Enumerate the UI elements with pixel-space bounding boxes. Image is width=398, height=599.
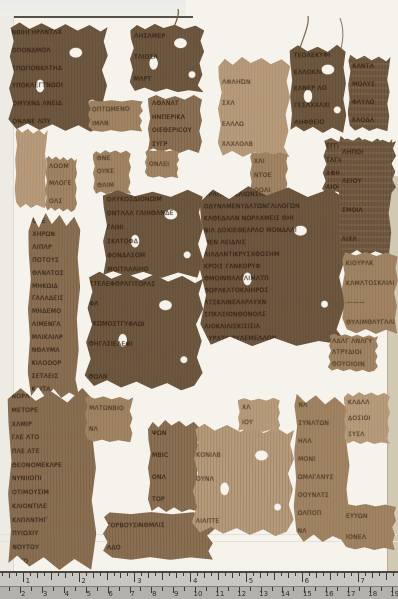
fragment-text-line: ΚΛΔΛΛ [348, 398, 386, 406]
papyrus-fragment: ΣΤΕΛΕΦΘΡΛΓΙΤΟΡΛΣΦΛΥΚΩΜΟΣΤΓΥΦΛΩΙΘΗΓΛΣΙΕΛΕ… [84, 271, 203, 390]
ruler-tick [31, 587, 32, 591]
papyrus-fragment: ΚΛΔΛΛΔΟΣΙΟΙΣΥΣΛ [344, 392, 390, 444]
fragment-text-line: ΛΙΛΔΛΝΤΙΚΡΥΣΧΘΟΣΗΜ [204, 250, 344, 258]
fragment-text-line: ΝΟΡΛ [12, 393, 92, 401]
ruler-tick [72, 573, 73, 576]
ruler-tick [246, 573, 247, 582]
ruler-tick [253, 573, 254, 576]
ruler-tick [337, 587, 338, 591]
fragment-text-line: ΟΟΥΝΛΤΣ [298, 491, 346, 499]
ruler-tick [344, 573, 345, 578]
ruler-tick [315, 587, 316, 591]
fragment-text-line: ΣΧΛ [222, 100, 286, 108]
ruler-cm-number: 13 [259, 591, 268, 598]
fragment-text-line: ΛΗΠΟΙ [342, 149, 388, 157]
ruler-tick [148, 573, 149, 578]
ruler-tick [206, 587, 207, 591]
fragment-text-line: ΘΗΓΛΣΙΕΛΕΦΙ [89, 340, 199, 348]
papyrus-fragment: ΛΟΟΜΜΛΟΓΕΟΛΣ [45, 156, 77, 212]
fragment-text-line: ΘΩΡΛΚΛΤΟΚΛΙΗΡΟΣ [204, 286, 344, 294]
fragment-text-line: ΓΕΣΛΧΧΛΧΙ [294, 102, 342, 110]
mount-top-edge [0, 0, 186, 17]
ruler-tick [393, 573, 394, 576]
fragment-text-line: ΝΤΟΕ [254, 172, 284, 180]
ruler-inch-number: 6 [305, 578, 309, 585]
fragment-text-line: ΜΛΟΓΕ [49, 180, 73, 187]
fragment-text-line: ΤΟΡ [152, 495, 196, 502]
fragment-text-line: ΘΛΝΛΤΟΣ [32, 269, 76, 277]
papyrus-fragment: ΛΔΛΓ ΛΝΛΓΥΛΤΡΥΔΙΟΙΘΟΥΟΙΟΙΝ [328, 334, 378, 373]
fragment-text-line: ΛΥΡΛΤΟΙΡΥΛΕΜΕΛΛΟΝ [204, 334, 344, 342]
ruler-cm-number: 8 [152, 591, 156, 598]
ruler-inch-number: 3 [137, 578, 141, 585]
fragment-text-line: ΚΛΘΕΔΛΛΝ ΝΩΡΛΧΜΕΙΣ ΘΗΙ [204, 214, 344, 222]
ruler-tick [250, 587, 251, 591]
fragment-text-line: ΝΛ [89, 426, 129, 434]
fragment-text-line: ΛΗΦΘΕΙΟ [294, 119, 342, 127]
fragment-text-line: ΝΥΝΙΙΟΠΙ [12, 475, 92, 483]
fragment-text-line: ΟΙΤΟ [12, 557, 92, 565]
fragment-text-line: ΟΤΙΜΟΥΣΙΜ [12, 489, 92, 497]
fragment-text-line: ΚΙΟΥΡΛΚ [346, 260, 394, 268]
fragment-text-line: ΚΛΠΛΝΤΗΓ [12, 516, 92, 524]
ruler-cm-number: 2 [21, 591, 25, 598]
fragment-text-line: ΦΛ [89, 300, 199, 308]
fragment-text-line: ΣΠΚΛΣΙΟΝΘΟΝΟΛΣ [204, 310, 344, 318]
fragment-text-line: ΧΗΡΩΝ [32, 231, 76, 239]
papyrus-fragment: ΚΛΝΤΛΜΟΛΥΣΦΛΥΛΟΧΛΟΔΛ [347, 55, 390, 132]
ruler-tick [281, 573, 282, 576]
fragment-text-line: ΠΟΤΟΥΣ [32, 256, 76, 264]
fragment-text-line: ΘΜΟΙΝΘΛΛΓΛΙΜΛΤΠ [204, 274, 344, 282]
papyrus-fragment: ΨΩΝΜΒΙϹΟΝΛΤΟΡ [148, 420, 200, 512]
fragment-text-line: ΕΛΛΛΩ [222, 120, 286, 128]
ruler-tick [2, 573, 3, 576]
ruler-cm-number: 19 [390, 591, 398, 598]
ruler-tick [381, 587, 382, 591]
fragment-text-line: ΛΤΣΚΛΙΝΕΛΛΡΛΥΧΝ [204, 298, 344, 306]
fragment-text-line: ΛΙΛΠΤΕ [196, 518, 290, 526]
ruler-tick [225, 573, 226, 576]
fragment-text-line: ΕΛΛΟΚΛΙ [294, 68, 342, 76]
ruler-inch-number: 1 [26, 578, 30, 585]
fragment-text-line: ΗΝΠΕΡΙΚΛ [152, 114, 198, 121]
papyrus-fragment: ΟΝΛΕΙ [145, 150, 179, 178]
fragment-text-line: ΟΛΕ [32, 218, 76, 226]
fragment-text-line: ΧΛΜΙΡ [12, 420, 92, 428]
fragment-text-line: ΧΛΟΔΛ [352, 116, 386, 124]
ruler-inch-number: 2 [81, 578, 85, 585]
fragment-text-line: ΓΛΛΛΔΕΙΣ [32, 295, 76, 303]
fragment-text-line: ΛΙΟΚΛΙΛΙΣΚΙΣΙΣΙΛ [204, 322, 344, 330]
ruler-cm-number: 12 [237, 591, 246, 598]
fragment-text-line: ΩΛΠΟΠ [298, 509, 346, 517]
fragment-text-line: ΜΛΡΤ [134, 75, 200, 83]
ruler-tick [107, 573, 108, 580]
fragment-text-line: ΜΛΤΩΝΒΙΟ [89, 405, 129, 413]
papyrus-fragment: ΝΛΣΥΝΛΤΩΝΗΛΛΜΟΝΙΩΜΛΓΛΝΥΣΟΟΥΝΛΤΣΩΛΠΟΠΝΛ [293, 394, 350, 542]
fragment-text-line: ΓΛΙΗΙ [107, 223, 199, 231]
ruler-cm-number: 16 [325, 591, 334, 598]
ruler-tick [302, 573, 303, 582]
ruler-tick [358, 573, 359, 582]
fragment-text-line: ΠΛΕ ΛΤΕ [12, 448, 92, 456]
fragment-text-line: ΚΙΛΟΟΟΡ [32, 360, 76, 368]
ruler-cm-number: 18 [368, 591, 377, 598]
ruler-tick [183, 573, 184, 576]
fragment-text-line: ΣΤΕΛΕΦΘΡΛΓΙΤΟΡΛΣ [89, 280, 199, 288]
papyrus-fragment: ΛΦΛΗΏΝΣΧΛΕΛΛΛΩΧΛΧΛΟΛΒ [218, 57, 291, 158]
fragment-text-line: ΝΛ [298, 401, 346, 409]
fragment-text-line: ΦΟΝΔΛΣΟΜ [107, 251, 199, 259]
fragment-text-line: ΟΥΝΛ [196, 476, 290, 484]
fragment-text-line: ΛΔΛΓ ΛΝΛΓΥ [332, 338, 374, 346]
ruler-tick [140, 587, 141, 591]
papyrus-fragment: ΝΟΡΛΜΕΤΟΡΕΧΛΜΙΡΓΛΕ ΛΤΟΠΛΕ ΛΤΕΘΕΟΝΟΜΕΚΛΡΕ… [8, 388, 97, 570]
ruler-tick [184, 587, 185, 591]
fragment-text-line: ΜΟΙΤΛΛΛΙΗΟ [107, 265, 199, 273]
fragment-text-line: ΟΠΟΝΔΜΟΛ [12, 46, 104, 54]
ruler-cm-number: 17 [347, 591, 356, 598]
ruler-cm-number: 7 [130, 591, 134, 598]
papyrus-fragment: ΚΟΝΙΛΒΟΥΝΛΛΙΛΠΤΕ [192, 424, 295, 537]
fragment-text-line: ——— [346, 299, 394, 307]
fragment-text-line: ΕΥΥΩΝ [346, 513, 392, 521]
fragment-text-line: ΥΚΩΜΟΣΤΓΥΦΛΩΙ [89, 320, 199, 328]
ruler-tick [197, 573, 198, 576]
fragment-text-line: ΝΒΙΗΓΗΡΛΝΤΛΧ [12, 29, 104, 37]
fragment-text-line: ΘΥΛΙΜΘΛΥΓΛΛΕ [346, 318, 394, 326]
ruler-tick [120, 573, 121, 578]
fragment-text-line: ΣΥΣΛ [348, 430, 386, 438]
papyrus-fragment: ΟΛΕΧΗΡΩΝΛΙΠΛΡΠΟΤΟΥΣΘΛΝΛΤΟΣΜΗΚΩΙΔΓΛΛΛΔΕΙΣ… [28, 213, 81, 398]
ruler-tick [127, 573, 128, 576]
papyrus-fragment [14, 128, 47, 209]
fragment-text-line: ΟΛΥΚΟΣΔΙΟΝΩΙΜ [107, 195, 199, 203]
ruler-cm-number: 9 [174, 591, 178, 598]
ruler-inch-number: 5 [249, 578, 253, 585]
ruler-tick [218, 573, 219, 580]
fragment-text-line: ΠΥΙΩΧΙΥ [12, 530, 92, 538]
fragment-text-line: ΟΝΛΕΙ [149, 160, 175, 168]
ruler-tick [119, 587, 120, 591]
ruler-tick [176, 573, 177, 578]
ruler-tick [75, 587, 76, 591]
papyrus-fragment: ΘΝΕΟΥΚΕΘΛΙΜ [93, 150, 132, 195]
ruler-tick [53, 587, 54, 591]
ruler-cm-scale: 2345678910111213141516171819 [0, 587, 398, 599]
fragment-text-line: ΜΟΝΙ [298, 455, 346, 463]
fragment-text-line: ΣΚΛΤΟΦΔ [107, 237, 199, 245]
ruler-tick [204, 573, 205, 578]
ruler-tick [351, 573, 352, 576]
ruler-tick [65, 573, 66, 578]
ruler-inch-number: 7 [360, 578, 364, 585]
ruler-tick [162, 587, 163, 591]
fragment-text-line: ΜΗΔΕΜΟ [32, 308, 76, 316]
fragment-text-line [89, 361, 199, 362]
ruler-tick [97, 587, 98, 591]
ruler-cm-number: 10 [194, 591, 203, 598]
fragment-text-line: ΙΟΝΕΛ [346, 534, 392, 542]
fragment-text-line: ΛΔΟ [107, 543, 211, 551]
fragment-text-line: ΝΘΛΥΜΛ [32, 347, 76, 355]
fragment-text-line: ΛΙΠΛΡ [32, 244, 76, 252]
fragment-text-line: ΥΠΟΚΛΕΓΤΝΩΟΙ [12, 82, 104, 90]
fragment-text-line: ΧΛ [242, 404, 276, 412]
ruler-tick [260, 573, 261, 578]
fragment-text-line: ΔΟΣΙΟΙ [348, 414, 386, 422]
fragment-text-line: ΘΕΟΝΟΜΕΚΛΡΕ [12, 461, 92, 469]
ruler-tick [316, 573, 317, 578]
papyrus-fragment: ΛΘΛΝΛΤΗΝΠΕΡΙΚΛΟΙΕΘΕΡΙϹΟΥΣΥΓΡ [148, 95, 202, 153]
ruler-cm-number: 3 [43, 591, 47, 598]
fragment-text-line: ΩΜΛΓΛΝΥΣ [298, 473, 346, 481]
fragment-text-line: ΛΕΙΟΥ [342, 178, 388, 186]
papyrus-fragment: ΚΙΟΥΡΛΚΚΛΜΛΤΟΣΚΛΙΛΙ———ΘΥΛΙΜΘΛΥΓΛΛΕ [342, 252, 398, 334]
ruler-cm-number: 6 [108, 591, 112, 598]
ruler-cm-number: 11 [215, 591, 224, 598]
fragment-text-line: ΛΙΧΛ [342, 236, 388, 244]
fragment-text-line: ΜΛΙΚΛΙΛΡ [32, 334, 76, 342]
fragment-text-line: ΣΕΤΛΕΙΣ [32, 373, 76, 381]
ruler-tick [232, 573, 233, 578]
ruler-tick [337, 573, 338, 576]
ruler-tick [30, 573, 31, 576]
fragment-text-line: ΟΙΕΘΕΡΙϹΟΥ [152, 127, 198, 134]
fragment-text-line: ΚΟΝΙΛΒ [196, 452, 290, 460]
fragment-text-line: ΝΟΥΤΟΥ [12, 544, 92, 552]
ruler-tick [100, 573, 101, 576]
fragment-text-line: ΛΟΟΜ [49, 163, 73, 170]
ruler-tick [44, 573, 45, 576]
ruler-cm-number: 15 [303, 591, 312, 598]
papyrus-fragment: ΟΡΛΠΟΡΥΣΛΙΩΝΣΙΝΟΔΥΝΛΜΕΝΥΔΛΤΩΝΓΛΙΛΟΓΩΝΚΛΘ… [200, 186, 349, 347]
fragment-text-line: ΜΕΤΟΡΕ [12, 407, 92, 415]
ruler-tick [295, 573, 296, 576]
ruler-tick [272, 587, 273, 591]
fragment-text-line: ΤΕΟΛΕΚΥΦΙ [294, 51, 342, 59]
papyrus-fragment: ΛΗΣΛΜΕΡΤΛΙΟΣΛΜΛΡΤ [130, 24, 205, 93]
fragment-text-line: ΚΛΙΟΝΤΙΛΕ [12, 502, 92, 510]
fragment-text-line: ΟΠΤΩΜΕΝΟ [92, 105, 139, 113]
fragment-text-line: ΛΗΣΛΜΕΡ [134, 33, 200, 41]
ruler-tick [9, 587, 10, 591]
fragment-text-line: ΧΛΙ [254, 158, 284, 166]
fragment-text-line: ΕΠΩΠΟΝΚΛΤΗΔ [12, 64, 104, 72]
ruler-tick [309, 573, 310, 576]
papyrus-fragment: ΕΥΥΩΝΙΟΝΕΛ [342, 504, 396, 550]
fragment-text-line: ΧΛΧΛΟΛΒ [222, 141, 286, 149]
fragment-text-line: ΜΟΛΥΣ [352, 80, 386, 88]
ruler-tick [288, 573, 289, 578]
ruler-inch-scale: 1234567 [0, 573, 398, 587]
ruler-tick [323, 573, 324, 576]
ruler: 1234567 2345678910111213141516171819 [0, 571, 398, 599]
fragment-text-line: ΘΩΛΝ [89, 374, 199, 382]
ruler-tick [330, 573, 331, 580]
fragment-text-line: ΣΥΝΛΤΩΝ [298, 419, 346, 427]
ruler-tick [114, 573, 115, 576]
papyrus-fragment: ΛΗΠΟΙΛΕΙΟΥΣΜΟΙΛΛΙΧΛ [338, 136, 393, 256]
ruler-tick [228, 587, 229, 591]
ruler-tick [155, 573, 156, 576]
fragment-text-line: ΝΛ [298, 527, 346, 535]
ruler-tick [79, 573, 80, 582]
ruler-cm-number: 4 [65, 591, 69, 598]
fragment-text-line: ΤΛΙΟΣΛ [134, 54, 200, 62]
fragment-text-line: ΟΥΚΕ [97, 168, 127, 176]
ruler-tick [190, 573, 191, 582]
fragment-text-line: ΙΟΥ [242, 419, 276, 427]
papyrus-photograph: ΝΒΙΗΓΗΡΛΝΤΛΧΟΠΟΝΔΜΟΛΕΠΩΠΟΝΚΛΤΗΔΥΠΟΚΛΕΓΤΝ… [0, 0, 398, 599]
fragment-text-line: ΦΛΥΛΟ [352, 98, 386, 106]
fragment-text-line: ΟΝΛ [152, 473, 196, 480]
ruler-tick [16, 573, 17, 576]
ruler-tick [51, 573, 52, 580]
ruler-tick [93, 573, 94, 578]
fragment-text-line: ΛΤΡΥΔΙΟΙ [332, 349, 374, 357]
fragment-text-line: ΝΙΛ ΔΟΧΙΕΘΕΛΡΛΟ ΜΟΝΔΛΛΙ [204, 226, 344, 234]
ruler-tick [267, 573, 268, 576]
fragment-text-line: ΚΛΝΤΛ [352, 62, 386, 70]
ruler-inch-number: 4 [193, 578, 197, 585]
papyrus-fragment: ΤΕΟΛΕΚΥΦΙΕΛΛΟΚΛΙΕΛΝΕΡ ΛΟΓΕΣΛΧΧΛΧΙΛΗΦΘΕΙΟ [290, 45, 347, 134]
fragment-text-line: ΣΜΟΙΛ [342, 207, 388, 215]
ruler-tick [169, 573, 170, 576]
fragment-text-line: ΙΜΛΝ [92, 119, 139, 127]
fragment-text-line: ΚΛΜΛΤΟΣΚΛΙΛΙ [346, 279, 394, 287]
ruler-tick [239, 573, 240, 576]
papyrus-fragment: ΜΛΤΩΝΒΙΟΝΛ [85, 396, 134, 443]
ruler-tick [86, 573, 87, 576]
papyrus-fragment: ΧΛΙΟΥ [238, 398, 280, 432]
ruler-tick [9, 573, 10, 578]
fragment-text-line: ΣΥΓΡ [152, 141, 198, 148]
fragment-text-line: ΕΛΝΕΡ ΛΟ [294, 85, 342, 93]
ruler-tick [365, 573, 366, 576]
ruler-tick [134, 573, 135, 582]
ruler-tick [211, 573, 212, 576]
fragment-text-line: ΘΛΙΜ [97, 181, 127, 189]
papyrus-fragment: ΟΠΤΩΜΕΝΟΙΜΛΝ [88, 100, 144, 133]
ruler-tick [379, 573, 380, 576]
fragment-text-line: ΜΒΙϹ [152, 451, 196, 458]
ruler-tick [274, 573, 275, 580]
ruler-tick [23, 573, 24, 582]
fragment-text-line: ΗΛΛ [298, 437, 346, 445]
fragment-text-line: ΛΘΛΝΛΤ [152, 100, 198, 107]
fragment-text-line: ΓΛΕ ΛΤΟ [12, 434, 92, 442]
ruler-tick [372, 573, 373, 578]
fragment-text-line: ΛΙΜΕΝΓΛ [32, 321, 76, 329]
ruler-cm-number: 5 [87, 591, 91, 598]
fragment-text-line: ΚΡΟΙΣ ΓΛΝΚΟΡΥΦ [204, 262, 344, 270]
ruler-tick [293, 587, 294, 591]
ruler-tick [141, 573, 142, 576]
ruler-tick [37, 573, 38, 578]
fragment-text-line: ΟΝΤΛΛΛ ΓΛΙΗΘΛΝΔΕ [107, 209, 199, 217]
ruler-tick [359, 587, 360, 591]
fragment-text-line: ΘΝΕ [97, 155, 127, 163]
papyrus-fragment: ΟΛΥΚΟΣΔΙΟΝΩΙΜΟΝΤΛΛΛ ΓΛΙΗΘΛΝΔΕΓΛΙΗΙΣΚΛΤΟΦ… [103, 190, 204, 279]
ruler-tick [162, 573, 163, 580]
fragment-text-line: ΚΛΙΤΛ [32, 386, 76, 394]
fragment-text-line: ΜΕΝ ΛΕΙΔΛΙΣ [204, 238, 344, 246]
ruler-tick [58, 573, 59, 576]
ruler-tick [386, 573, 387, 580]
fragment-text-line: ΟΛΣ [49, 198, 73, 205]
fragment-text-line: ΛΦΛΗΏΝ [222, 79, 286, 87]
fragment-text-line: ΘΟΥΟΙΟΙΝ [332, 360, 374, 368]
fragment-text-line: ΨΩΝ [152, 429, 196, 436]
fragment-text-line: ΜΗΚΩΙΔ [32, 282, 76, 290]
fragment-text-line: ΟΔΥΝΛΜΕΝΥΔΛΤΩΝΓΛΙΛΟΓΩΝ [204, 202, 344, 210]
ruler-cm-number: 14 [281, 591, 290, 598]
